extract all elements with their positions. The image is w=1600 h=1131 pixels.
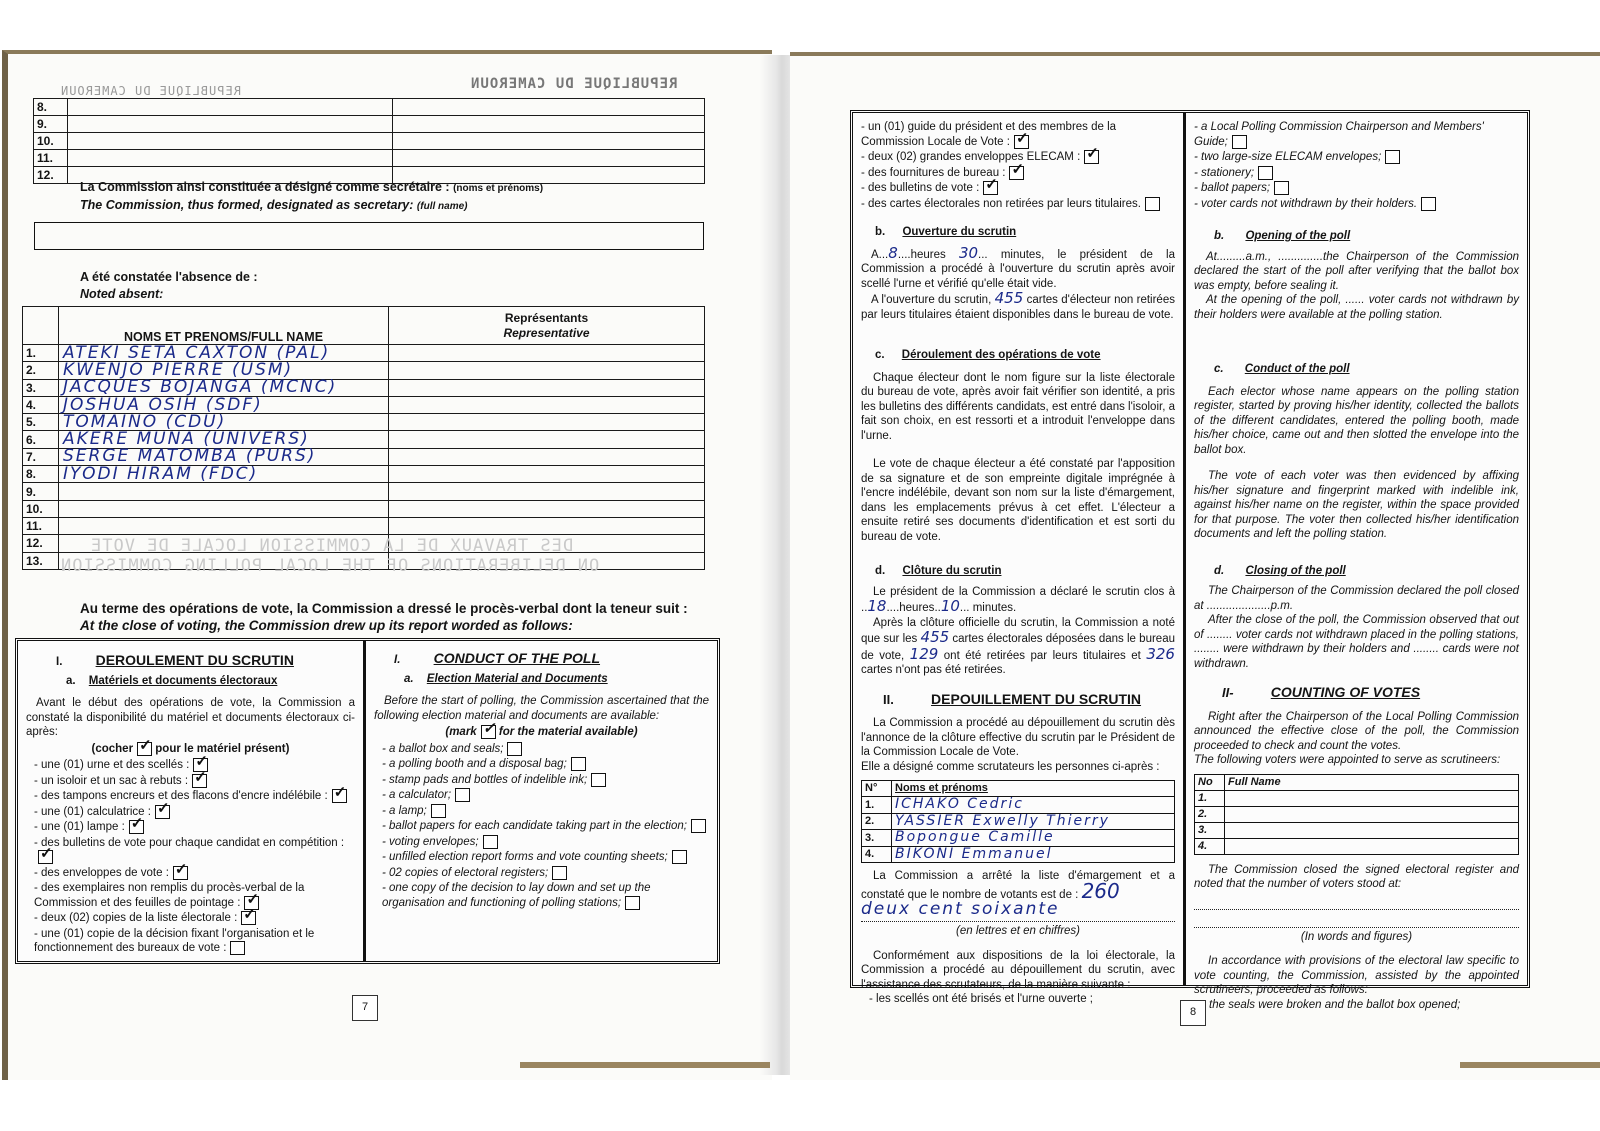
- checklist-item: - a polling booth and a disposal bag;: [382, 757, 709, 772]
- scrutineer-row: 2.YASSIER Exwelly Thierry: [862, 813, 1175, 830]
- right-fr-column: - un (01) guide du président et des memb…: [853, 113, 1183, 985]
- checkbox[interactable]: [230, 941, 245, 955]
- checklist-item: - stamp pads and bottles of indelible in…: [382, 773, 709, 788]
- checkbox[interactable]: [1084, 150, 1099, 164]
- materials-box: I. DEROULEMENT DU SCRUTIN a. Matériels e…: [15, 638, 720, 964]
- absent-table: NOMS ET PRENOMS/FULL NAME Représentants …: [22, 306, 705, 570]
- absent-label-en: Noted absent:: [80, 287, 163, 302]
- checkbox[interactable]: [455, 788, 470, 802]
- secretary-label-fr: La Commission ainsi constituée a désigné…: [80, 180, 543, 196]
- checkbox[interactable]: [332, 789, 347, 803]
- checkbox[interactable]: [1274, 181, 1289, 195]
- checkbox[interactable]: [625, 896, 640, 910]
- checkbox[interactable]: [552, 866, 567, 880]
- opening-title-en: Opening of the poll: [1245, 230, 1350, 242]
- member-row: 10.: [34, 133, 705, 150]
- conduct-title-en: Conduct of the poll: [1245, 363, 1350, 375]
- scrutineer-row: 1.: [1195, 790, 1519, 806]
- checklist-item: - un isoloir et un sac à rebuts :: [34, 774, 355, 789]
- absent-row: 9.: [23, 483, 705, 500]
- report-intro-en: At the close of voting, the Commission d…: [80, 618, 573, 633]
- checkbox[interactable]: [591, 773, 606, 787]
- checkbox[interactable]: [1145, 197, 1160, 211]
- counting-title-en: COUNTING OF VOTES: [1271, 684, 1420, 700]
- checklist-item: - two large-size ELECAM envelopes;: [1194, 150, 1519, 165]
- scrutineer-row: 4.BIKONI Emmanuel: [862, 846, 1175, 863]
- absent-rep-cell[interactable]: [389, 396, 705, 413]
- checklist-item: - un (01) guide du président et des memb…: [861, 120, 1175, 149]
- bleed-through-header: REPUBLIQUE DU CAMEROUN: [470, 76, 677, 92]
- checklist-item: - une (01) copie de la décision fixant l…: [34, 927, 355, 956]
- checklist-item: - a calculator;: [382, 788, 709, 803]
- checklist-item: - des cartes électorales non retirées pa…: [861, 197, 1175, 212]
- member-name-cell[interactable]: [68, 116, 393, 133]
- scrutineer-name-cell[interactable]: [1225, 806, 1519, 822]
- member-rep-cell[interactable]: [393, 150, 705, 167]
- checklist-item: - voter cards not withdrawn by their hol…: [1194, 197, 1519, 212]
- example-checkbox: [137, 742, 152, 756]
- checklist-item: - une (01) lampe :: [34, 820, 355, 835]
- absent-header-rep: Représentants Representative: [389, 307, 705, 345]
- checkbox[interactable]: [1385, 150, 1400, 164]
- checkbox[interactable]: [431, 804, 446, 818]
- closing-hour[interactable]: 18: [867, 597, 886, 615]
- member-rep-cell[interactable]: [393, 133, 705, 150]
- member-rep-cell[interactable]: [393, 99, 705, 116]
- member-row: 11.: [34, 150, 705, 167]
- counting-title-fr: DEPOUILLEMENT DU SCRUTIN: [931, 691, 1141, 707]
- closing-cards-withdrawn[interactable]: 129: [910, 645, 939, 663]
- checklist-item: - des bulletins de vote pour chaque cand…: [34, 836, 355, 865]
- absent-rep-cell[interactable]: [389, 517, 705, 534]
- scrutineers-table-en: No Full Name 1.2.3.4.: [1194, 774, 1519, 855]
- absent-row: 10.: [23, 500, 705, 517]
- checklist-item: - a ballot box and seals;: [382, 742, 709, 757]
- member-row: 8.: [34, 99, 705, 116]
- closing-cards-deposited[interactable]: 455: [921, 628, 950, 646]
- materials-fr-list: - une (01) urne et des scellés :- un iso…: [26, 758, 355, 956]
- member-rep-cell[interactable]: [393, 116, 705, 133]
- scrutineer-name-cell[interactable]: Bopongue Camille: [892, 830, 1175, 847]
- opening-text-fr: A...8....heures 30... minutes, le présid…: [861, 246, 1175, 292]
- checklist-item: - voting envelopes;: [382, 835, 709, 850]
- absent-rep-cell[interactable]: [389, 414, 705, 431]
- member-row: 9.: [34, 116, 705, 133]
- closing-title-en: Closing of the poll: [1245, 565, 1345, 577]
- absent-rep-cell[interactable]: [389, 345, 705, 362]
- absent-name-cell[interactable]: [59, 483, 389, 500]
- secretary-label-en: The Commission, thus formed, designated …: [80, 198, 467, 214]
- page-number-right: 8: [1180, 1000, 1206, 1026]
- absent-rep-cell[interactable]: [389, 500, 705, 517]
- right-en-column: - a Local Polling Commission Chairperson…: [1183, 113, 1527, 985]
- closing-minutes[interactable]: 10: [941, 597, 960, 615]
- absent-header-name: NOMS ET PRENOMS/FULL NAME: [59, 307, 389, 345]
- scrutineer-name-cell[interactable]: ICHAKO Cedric: [892, 797, 1175, 814]
- checklist-item: - des exemplaires non remplis du procès-…: [34, 881, 355, 910]
- members-table-continued: 8.9.10.11.12.: [33, 98, 705, 184]
- conduct-title-fr: Déroulement des opérations de vote: [902, 349, 1101, 361]
- checkbox[interactable]: [129, 820, 144, 834]
- checkbox[interactable]: [38, 850, 53, 864]
- checklist-item: - a Local Polling Commission Chairperson…: [1194, 120, 1519, 149]
- checklist-item: - une (01) calculatrice :: [34, 805, 355, 820]
- member-name-cell[interactable]: [68, 150, 393, 167]
- checkbox[interactable]: [507, 742, 522, 756]
- checkbox[interactable]: [672, 850, 687, 864]
- checklist-item: - one copy of the decision to lay down a…: [382, 881, 709, 910]
- bleed-through-header-2: REPUBLIQUE DU CAMEROUN: [60, 84, 241, 98]
- voters-count-field-en[interactable]: [1194, 894, 1519, 910]
- absent-label-fr: A été constatée l'absence de :: [80, 270, 258, 285]
- secretary-name-field[interactable]: [34, 222, 704, 250]
- opening-hour[interactable]: 8: [888, 244, 898, 262]
- bleed-through-title-1: DES TRAVAUX DE LA COMMISSION LOCALE DE V…: [90, 536, 573, 556]
- materials-fr-list-continued: - un (01) guide du président et des memb…: [861, 120, 1175, 211]
- checklist-item: - des bulletins de vote :: [861, 181, 1175, 196]
- checkbox[interactable]: [1258, 166, 1273, 180]
- opening-minutes[interactable]: 30: [959, 244, 978, 262]
- checklist-item: - stationery;: [1194, 166, 1519, 181]
- absent-row: 11.: [23, 517, 705, 534]
- checkbox[interactable]: [1014, 135, 1029, 149]
- closing-title-fr: Clôture du scrutin: [902, 565, 1001, 577]
- checklist-item: - ballot papers;: [1194, 181, 1519, 196]
- section-title-en: CONDUCT OF THE POLL: [434, 650, 600, 666]
- scrutineer-name-cell[interactable]: YASSIER Exwelly Thierry: [892, 813, 1175, 830]
- absent-rep-cell[interactable]: [389, 431, 705, 448]
- checkbox[interactable]: [173, 866, 188, 880]
- absent-rep-cell[interactable]: [389, 483, 705, 500]
- checkbox[interactable]: [155, 805, 170, 819]
- scrutineer-name-cell[interactable]: [1225, 838, 1519, 854]
- section-title-fr: DEROULEMENT DU SCRUTIN: [96, 652, 294, 668]
- absent-name-cell[interactable]: [59, 500, 389, 517]
- absent-rep-cell[interactable]: [389, 448, 705, 465]
- checklist-item: - a lamp;: [382, 804, 709, 819]
- checklist-item: - des fournitures de bureau :: [861, 166, 1175, 181]
- checkbox[interactable]: [1232, 135, 1247, 149]
- absent-rep-cell[interactable]: [389, 379, 705, 396]
- checkbox[interactable]: [241, 911, 256, 925]
- scrutineer-row: 4.: [1195, 838, 1519, 854]
- voters-count-words[interactable]: deux cent soixante: [861, 899, 1060, 919]
- member-name-cell[interactable]: [68, 99, 393, 116]
- materials-fr-column: I. DEROULEMENT DU SCRUTIN a. Matériels e…: [18, 641, 363, 961]
- absent-rep-cell[interactable]: [389, 466, 705, 483]
- checkbox[interactable]: [192, 774, 207, 788]
- scrutineer-row: 3.Bopongue Camille: [862, 830, 1175, 847]
- absent-name-cell[interactable]: [59, 517, 389, 534]
- absent-rep-cell[interactable]: [389, 362, 705, 379]
- right-main-box: - un (01) guide du président et des memb…: [850, 110, 1530, 988]
- scrutineers-table-fr: N° Noms et prénoms 1.ICHAKO Cedric2.YASS…: [861, 780, 1175, 863]
- absent-row: 8.IYODI HIRAM (FDC): [23, 466, 705, 483]
- checkbox[interactable]: [983, 181, 998, 195]
- checklist-item: - 02 copies of electoral registers;: [382, 866, 709, 881]
- checklist-item: - des enveloppes de vote :: [34, 866, 355, 881]
- page-number-left: 7: [352, 995, 378, 1021]
- materials-en-list-continued: - a Local Polling Commission Chairperson…: [1194, 120, 1519, 211]
- absent-name-cell[interactable]: IYODI HIRAM (FDC): [59, 466, 389, 483]
- materials-en-list: - a ballot box and seals;- a polling boo…: [374, 742, 709, 911]
- opening-title-fr: Ouverture du scrutin: [902, 226, 1016, 238]
- checklist-item: - ballot papers for each candidate takin…: [382, 819, 709, 834]
- checklist-item: - des tampons encreurs et des flacons d'…: [34, 789, 355, 804]
- checklist-item: - deux (02) copies de la liste électoral…: [34, 911, 355, 926]
- bleed-through-title-2: ON DELIBERATIONS OF THE LOCAL POLLING CO…: [60, 556, 599, 576]
- voters-count-figures[interactable]: 260: [1082, 879, 1120, 903]
- checkbox[interactable]: [691, 819, 706, 833]
- opening-cards-available[interactable]: 455: [995, 289, 1024, 307]
- report-intro-fr: Au terme des opérations de vote, la Comm…: [80, 601, 688, 616]
- materials-en-column: I. CONDUCT OF THE POLL a. Election Mater…: [363, 641, 717, 961]
- scrutineer-name-cell[interactable]: [1225, 822, 1519, 838]
- checkbox[interactable]: [1421, 197, 1436, 211]
- scrutineer-row: 1.ICHAKO Cedric: [862, 797, 1175, 814]
- scrutineer-row: 2.: [1195, 806, 1519, 822]
- checkbox[interactable]: [571, 757, 586, 771]
- member-name-cell[interactable]: [68, 133, 393, 150]
- closing-cards-not-withdrawn[interactable]: 326: [1146, 645, 1175, 663]
- checkbox[interactable]: [483, 835, 498, 849]
- scrutineer-name-cell[interactable]: [1225, 790, 1519, 806]
- scrutineer-name-cell[interactable]: BIKONI Emmanuel: [892, 846, 1175, 863]
- scrutineer-row: 3.: [1195, 822, 1519, 838]
- checklist-item: - unfilled election report forms and vot…: [382, 850, 709, 865]
- checkbox[interactable]: [1009, 166, 1024, 180]
